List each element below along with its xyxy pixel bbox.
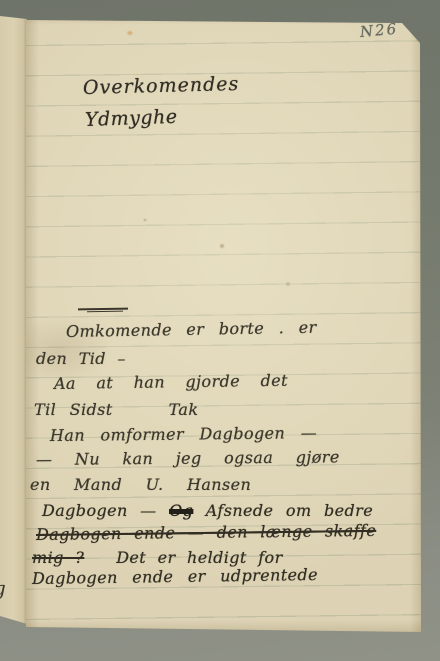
handwritten-text: Omkomende er borte . er (66, 318, 317, 341)
handwritten-text: Dagbogen ende er udprentede (32, 565, 318, 588)
facing-page-edge: g (0, 13, 27, 625)
handwritten-line: Dagbogen — Og Afsnede om bedre (42, 501, 373, 520)
separator-mark (78, 308, 128, 314)
margin-ink-mark: g (0, 576, 6, 600)
handwritten-text: en Mand U. Hansen (30, 475, 251, 494)
manuscript-page: N26 Overkomendes Ydmyghe Omkomende er bo… (26, 16, 421, 632)
handwritten-line: Dagbogen ende er udprentede (32, 565, 318, 588)
heading-text: Ydmyghe (85, 106, 178, 131)
handwritten-text: Aa at han gjorde det (54, 371, 288, 393)
handwritten-text: Det er heldigt for (116, 548, 282, 567)
handwritten-line: mig ?Det er heldigt for (32, 548, 283, 567)
handwritten-text: Til Sidst (34, 400, 113, 419)
strikethrough-text: mig ? (32, 548, 84, 567)
handwritten-text: Dagbogen — (42, 501, 169, 520)
page-number-text: N26 (359, 20, 399, 41)
handwritten-text: den Tid – (36, 349, 126, 368)
heading-text: Overkomendes (83, 73, 240, 99)
handwritten-text: Tak (169, 400, 199, 419)
handwritten-line: en Mand U. Hansen (30, 475, 251, 494)
handwritten-text: — Nu kan jeg ogsaa gjøre (36, 447, 340, 469)
strikethrough-text: Dagbogen ende — den længe skaffe (36, 521, 376, 544)
page-number-pencil: N26 (359, 20, 399, 41)
handwritten-line: den Tid – (36, 349, 126, 368)
handwritten-line: Omkomende er borte . er (66, 318, 317, 341)
handwritten-line: Dagbogen ende — den længe skaffe (36, 521, 376, 544)
heading-line-1: Overkomendes (83, 73, 240, 99)
handwritten-line: — Nu kan jeg ogsaa gjøre (36, 447, 340, 469)
manuscript-photo: g N26 Overkomendes Ydmyghe Omkomende er … (0, 0, 440, 661)
handwritten-text: Afsnede om bedre (193, 501, 373, 520)
handwritten-line: Han omformer Dagbogen — (50, 423, 317, 445)
handwritten-line: Til SidstTak (34, 400, 198, 419)
strikethrough-text: Og (169, 501, 193, 520)
handwritten-text: Han omformer Dagbogen — (50, 423, 317, 445)
heading-line-2: Ydmyghe (85, 106, 178, 131)
handwritten-line: Aa at han gjorde det (54, 371, 288, 393)
